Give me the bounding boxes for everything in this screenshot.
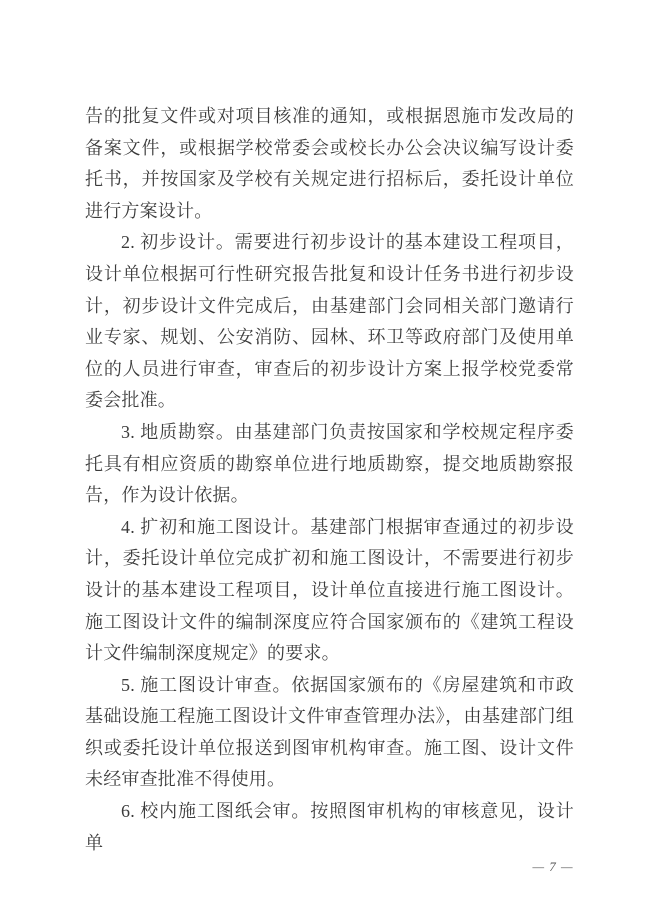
paragraph-item-4-construction-drawing-design: 4. 扩初和施工图设计。基建部门根据审查通过的初步设计，委托设计单位完成扩初和施… xyxy=(85,512,574,670)
document-body: 告的批复文件或对项目核准的通知，或根据恩施市发改局的备案文件，或根据学校常委会或… xyxy=(85,101,574,859)
document-page: 告的批复文件或对项目核准的通知，或根据恩施市发改局的备案文件，或根据学校常委会或… xyxy=(0,0,651,916)
paragraph-item-3-geological-survey: 3. 地质勘察。由基建部门负责按国家和学校规定程序委托具有相应资质的勘察单位进行… xyxy=(85,417,574,512)
page-number: — 7 — xyxy=(523,859,583,875)
paragraph-item-2-preliminary-design: 2. 初步设计。需要进行初步设计的基本建设工程项目，设计单位根据可行性研究报告批… xyxy=(85,227,574,417)
paragraph-continuation: 告的批复文件或对项目核准的通知，或根据恩施市发改局的备案文件，或根据学校常委会或… xyxy=(85,101,574,227)
paragraph-item-6-campus-drawing-joint-review: 6. 校内施工图纸会审。按照图审机构的审核意见，设计单 xyxy=(85,796,574,859)
paragraph-item-5-drawing-design-review: 5. 施工图设计审查。依据国家颁布的《房屋建筑和市政基础设施工程施工图设计文件审… xyxy=(85,670,574,796)
